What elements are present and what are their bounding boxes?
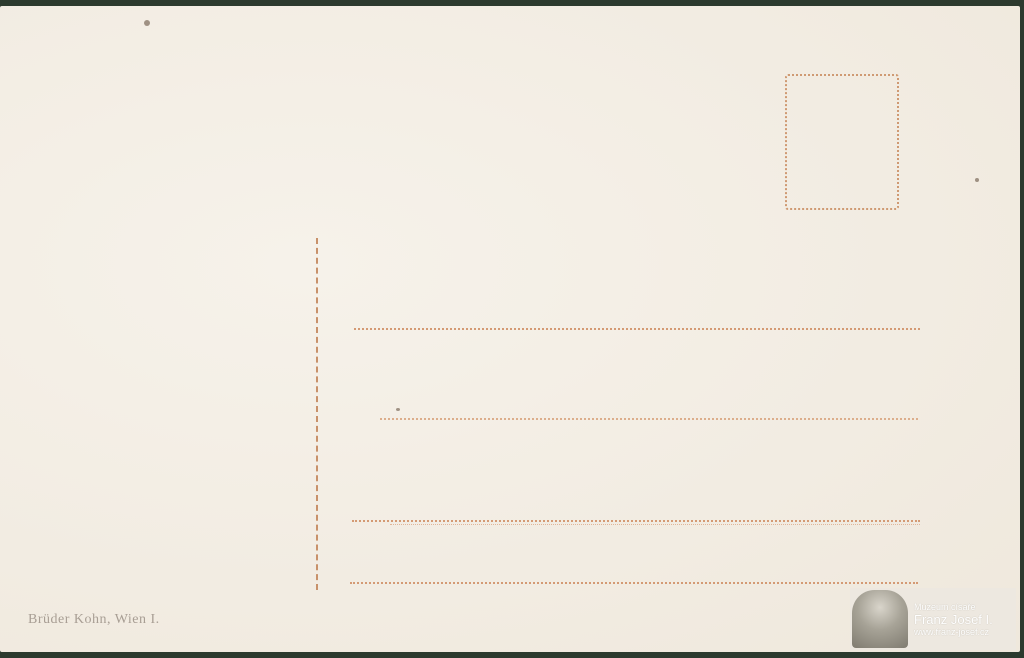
publisher-imprint: Brüder Kohn, Wien I. [28, 612, 160, 628]
stain-spot [975, 178, 979, 182]
address-line-1 [354, 328, 920, 330]
watermark-label: Muzeum císaře [914, 602, 993, 612]
postcard-back: Brüder Kohn, Wien I. [0, 6, 1020, 652]
watermark-url: www.franz-josef.cz [914, 627, 993, 637]
address-line-3-guide [390, 524, 920, 525]
watermark-name: Franz Josef I. [914, 612, 993, 627]
stamp-box [785, 74, 899, 210]
museum-watermark: Muzeum císaře Franz Josef I. www.franz-j… [850, 588, 1016, 650]
stain-spot [144, 20, 150, 26]
address-line-3 [352, 520, 920, 522]
stain-spot [396, 408, 400, 411]
portrait-icon [852, 590, 908, 648]
address-line-2 [380, 418, 918, 420]
vertical-divider-line [316, 238, 318, 590]
address-line-4 [350, 582, 918, 584]
